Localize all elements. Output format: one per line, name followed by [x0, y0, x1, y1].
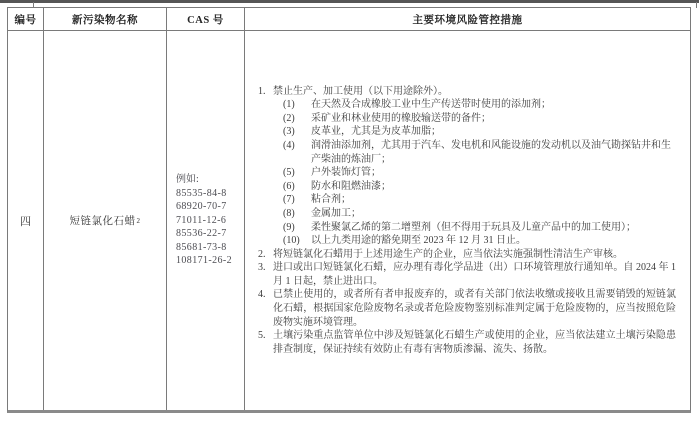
measure-subitem-text: 金属加工；: [311, 207, 676, 221]
measure-subitem-number: (1): [283, 98, 311, 112]
cas-number: 108171-26-2: [176, 254, 232, 268]
measure-subitem: (2)采矿业和林业使用的橡胶输送带的备件；: [283, 112, 676, 126]
cas-list: 85535-84-868920-70-771011-12-685536-22-7…: [176, 187, 232, 268]
document-page: 编号 新污染物名称 CAS 号 主要环境风险管控措施 四 短链氯化石蜡2 例如:…: [0, 0, 699, 426]
measure-subitem-number: (4): [283, 139, 311, 166]
measure-item: 4.已禁止使用的，或者所有者申报废弃的，或者有关部门依法收缴或接收且需要销毁的短…: [258, 288, 676, 329]
measure-subitem: (6)防水和阻燃油漆；: [283, 180, 676, 194]
cas-number: 71011-12-6: [176, 214, 232, 228]
measure-subitem-text: 采矿业和林业使用的橡胶输送带的备件；: [311, 112, 676, 126]
measure-subitem: (3)皮革业，尤其是为皮革加脂；: [283, 125, 676, 139]
measure-item-text: 将短链氯化石蜡用于上述用途生产的企业，应当依法实施强制性清洁生产审核。: [273, 248, 676, 262]
measure-subitem-number: (10): [283, 234, 311, 248]
header-cell-control-measures: 主要环境风险管控措施: [245, 8, 690, 31]
measure-subitem-text: 户外装饰灯管；: [311, 166, 676, 180]
cas-number: 85536-22-7: [176, 227, 232, 241]
measure-item-number: 5.: [258, 329, 273, 356]
header-cell-cas-number: CAS 号: [167, 8, 245, 31]
measure-item-text: 土壤污染重点监管单位中涉及短链氯化石蜡生产或使用的企业，应当依法建立土壤污染隐患…: [273, 329, 676, 356]
measure-item-text: 禁止生产、加工使用（以下用途除外）。: [273, 85, 676, 99]
pollutant-name-footnote-marker: 2: [137, 217, 141, 225]
header-cell-index: 编号: [8, 8, 44, 31]
measures-list: 1.禁止生产、加工使用（以下用途除外）。(1)在天然及合成橡胶工业中生产传送带时…: [258, 85, 676, 357]
measure-subitem-number: (5): [283, 166, 311, 180]
cas-number: 85681-73-8: [176, 241, 232, 255]
header-cell-pollutant-name: 新污染物名称: [44, 8, 167, 31]
measure-item-number: 1.: [258, 85, 273, 99]
measure-item: 1.禁止生产、加工使用（以下用途除外）。: [258, 85, 676, 99]
measure-item-text: 进口或出口短链氯化石蜡，应办理有毒化学品进（出）口环境管理放行通知单。自 202…: [273, 261, 676, 288]
measure-item-text: 已禁止使用的，或者所有者申报废弃的，或者有关部门依法收缴或接收且需要销毁的短链氯…: [273, 288, 676, 329]
pollutant-name: 短链氯化石蜡: [70, 213, 136, 228]
measure-item: 3.进口或出口短链氯化石蜡，应办理有毒化学品进（出）口环境管理放行通知单。自 2…: [258, 261, 676, 288]
pollutant-control-table: 编号 新污染物名称 CAS 号 主要环境风险管控措施 四 短链氯化石蜡2 例如:…: [7, 7, 691, 413]
cas-number: 68920-70-7: [176, 200, 232, 214]
measure-subitem: (7)粘合剂；: [283, 193, 676, 207]
measure-subitem-number: (2): [283, 112, 311, 126]
cas-intro-label: 例如:: [176, 173, 199, 187]
measure-subitem: (5)户外装饰灯管；: [283, 166, 676, 180]
measure-subitem-number: (3): [283, 125, 311, 139]
measure-subitem-text: 以上九类用途的豁免期至 2023 年 12 月 31 日止。: [311, 234, 676, 248]
control-measures-cell: 1.禁止生产、加工使用（以下用途除外）。(1)在天然及合成橡胶工业中生产传送带时…: [245, 31, 690, 410]
measure-subitem-number: (7): [283, 193, 311, 207]
measure-subitem-number: (8): [283, 207, 311, 221]
crop-grid-stub: [696, 2, 697, 8]
row-index-cell: 四: [8, 31, 44, 410]
measure-subitem-number: (6): [283, 180, 311, 194]
cas-number-cell: 例如: 85535-84-868920-70-771011-12-685536-…: [167, 31, 245, 410]
measure-subitem: (9)柔性聚氯乙烯的第二增塑剂（但不得用于玩具及儿童产品中的加工使用）；: [283, 221, 676, 235]
measure-subitem: (10)以上九类用途的豁免期至 2023 年 12 月 31 日止。: [283, 234, 676, 248]
measure-subitem-text: 皮革业，尤其是为皮革加脂；: [311, 125, 676, 139]
measure-subitem-text: 柔性聚氯乙烯的第二增塑剂（但不得用于玩具及儿童产品中的加工使用）；: [311, 221, 676, 235]
measure-subitem-text: 在天然及合成橡胶工业中生产传送带时使用的添加剂；: [311, 98, 676, 112]
measure-item-number: 3.: [258, 261, 273, 288]
measure-subitem-text: 润滑油添加剂，尤其用于汽车、发电机和风能设施的发动机以及油气勘探钻井和生产柴油的…: [311, 139, 676, 166]
cas-number: 85535-84-8: [176, 187, 232, 201]
measure-item: 2.将短链氯化石蜡用于上述用途生产的企业，应当依法实施强制性清洁生产审核。: [258, 248, 676, 262]
measure-subitem-number: (9): [283, 221, 311, 235]
measure-subitem: (1)在天然及合成橡胶工业中生产传送带时使用的添加剂；: [283, 98, 676, 112]
measure-item-number: 2.: [258, 248, 273, 262]
measure-subitem: (8)金属加工；: [283, 207, 676, 221]
page-top-rule: [0, 0, 699, 3]
measure-item-number: 4.: [258, 288, 273, 329]
pollutant-name-cell: 短链氯化石蜡2: [44, 31, 167, 410]
measure-subitem-text: 粘合剂；: [311, 193, 676, 207]
measure-subitem: (4)润滑油添加剂，尤其用于汽车、发电机和风能设施的发动机以及油气勘探钻井和生产…: [283, 139, 676, 166]
measure-subitem-text: 防水和阻燃油漆；: [311, 180, 676, 194]
measure-item: 5.土壤污染重点监管单位中涉及短链氯化石蜡生产或使用的企业，应当依法建立土壤污染…: [258, 329, 676, 356]
